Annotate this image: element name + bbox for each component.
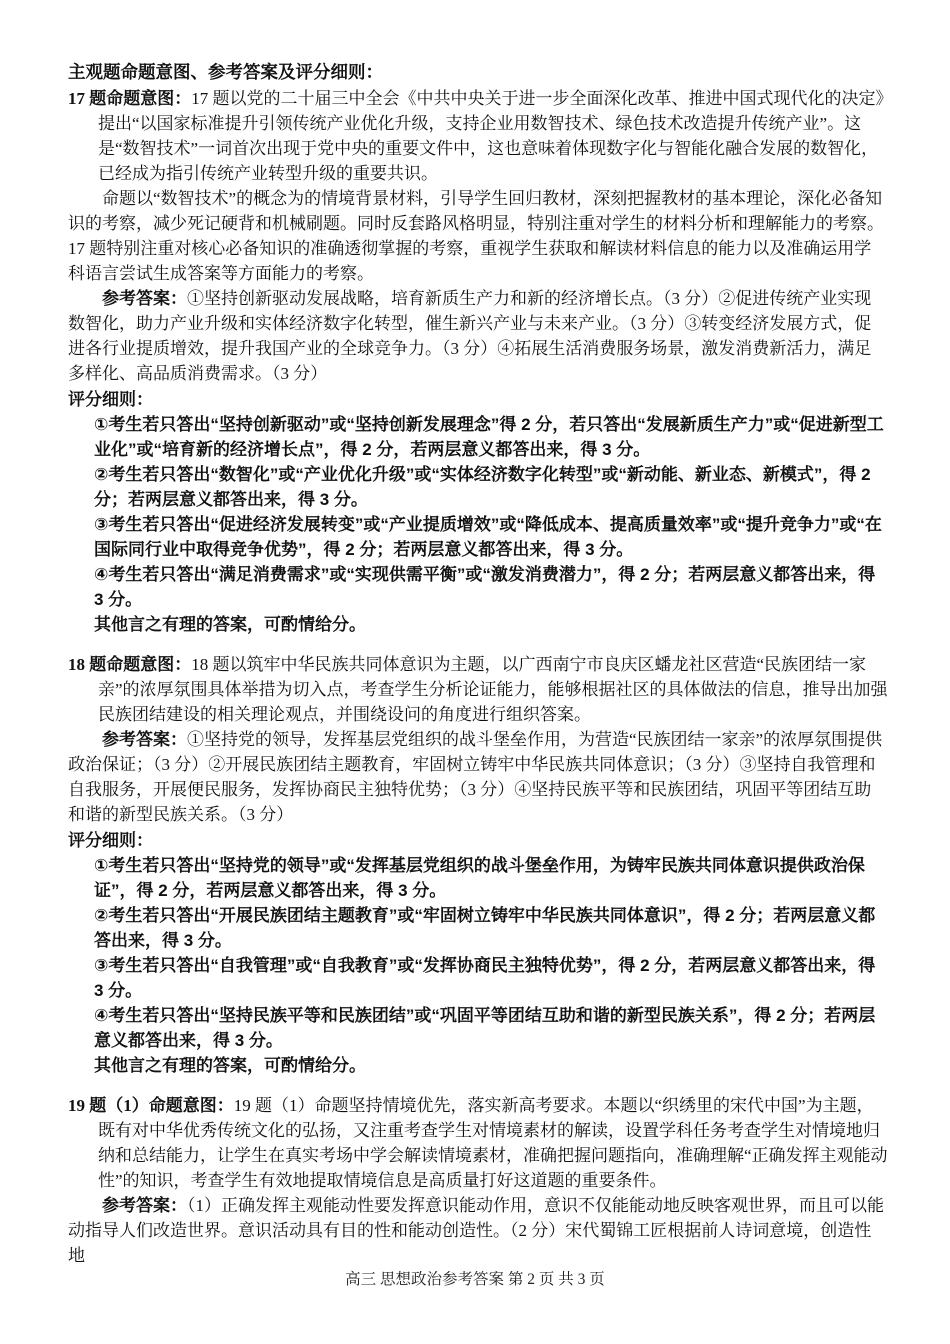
q18-rubric-heading: 评分细则： [68, 828, 888, 853]
q17-rubric-note: 其他言之有理的答案，可酌情给分。 [94, 612, 888, 637]
q18-rubric-item-2: ②考生若只答出“开展民族团结主题教育”或“牢固树立铸牢中华民族共同体意识”，得 … [94, 903, 888, 953]
document-page: 主观题命题意图、参考答案及评分细则： 17 题命题意图：17 题以党的二十届三中… [0, 0, 950, 1344]
q17-intent-paragraph: 17 题命题意图：17 题以党的二十届三中全会《中共中央关于进一步全面深化改革、… [68, 86, 888, 186]
q19-intent-paragraph: 19 题（1）命题意图：19 题（1）命题坚持情境优先，落实新高考要求。本题以“… [68, 1093, 888, 1193]
q19-answer-paragraph: 参考答案：（1）正确发挥主观能动性要发挥意识能动作用，意识不仅能能动地反映客观世… [68, 1193, 888, 1268]
q18-rubric-item-4: ④考生若只答出“坚持民族平等和民族团结”或“巩固平等团结互助和谐的新型民族关系”… [94, 1003, 888, 1053]
q17-answer-label: 参考答案： [102, 289, 187, 308]
q18-answer-paragraph: 参考答案：①坚持党的领导，发挥基层党组织的战斗堡垒作用，为营造“民族团结一家亲”… [68, 727, 888, 827]
q17-rubric-item-1: ①考生若只答出“坚持创新驱动”或“坚持创新发展理念”得 2 分，若只答出“发展新… [94, 412, 888, 462]
q18-rubric-item-1: ①考生若只答出“坚持党的领导”或“发挥基层党组织的战斗堡垒作用，为铸牢民族共同体… [94, 853, 888, 903]
q18-rubric-item-3: ③考生若只答出“自我管理”或“自我教育”或“发挥协商民主独特优势”，得 2 分，… [94, 953, 888, 1003]
q17-intent-text: 17 题以党的二十届三中全会《中共中央关于进一步全面深化改革、推进中国式现代化的… [98, 89, 884, 183]
q17-answer-text: ①坚持创新驱动发展战略，培育新质生产力和新的经济增长点。（3 分）②促进传统产业… [68, 289, 871, 383]
q18-rubric-note: 其他言之有理的答案，可酌情给分。 [94, 1053, 888, 1078]
section-q17: 17 题命题意图：17 题以党的二十届三中全会《中共中央关于进一步全面深化改革、… [68, 86, 888, 637]
q17-rubric-item-2: ②考生若只答出“数智化”或“产业优化升级”或“实体经济数字化转型”或“新动能、新… [94, 462, 888, 512]
q19-answer-label: 参考答案： [102, 1196, 187, 1215]
page-footer: 高三 思想政治参考答案 第 2 页 共 3 页 [0, 1267, 950, 1292]
q19-answer-text: （1）正确发挥主观能动性要发挥意识能动作用，意识不仅能能动地反映客观世界，而且可… [68, 1196, 884, 1265]
section-q19: 19 题（1）命题意图：19 题（1）命题坚持情境优先，落实新高考要求。本题以“… [68, 1093, 888, 1268]
q18-answer-label: 参考答案： [102, 730, 187, 749]
q18-intent-label: 18 题命题意图： [68, 655, 191, 674]
section-q18: 18 题命题意图：18 题以筑牢中华民族共同体意识为主题，以广西南宁市良庆区蟠龙… [68, 652, 888, 1078]
q17-rubric-item-4: ④考生若只答出“满足消费需求”或“实现供需平衡”或“激发消费潜力”，得 2 分；… [94, 562, 888, 612]
q17-intent-label: 17 题命题意图： [68, 89, 191, 108]
q18-intent-text: 18 题以筑牢中华民族共同体意识为主题，以广西南宁市良庆区蟠龙社区营造“民族团结… [98, 655, 888, 724]
q17-intent-paragraph-2: 命题以“数智技术”的概念为的情境背景材料，引导学生回归教材，深刻把握教材的基本理… [68, 186, 888, 286]
document-content: 主观题命题意图、参考答案及评分细则： 17 题命题意图：17 题以党的二十届三中… [68, 60, 888, 1268]
q18-intent-paragraph: 18 题命题意图：18 题以筑牢中华民族共同体意识为主题，以广西南宁市良庆区蟠龙… [68, 652, 888, 727]
page-title: 主观题命题意图、参考答案及评分细则： [68, 60, 888, 85]
q19-intent-label: 19 题（1）命题意图： [68, 1096, 234, 1115]
q17-answer-paragraph: 参考答案：①坚持创新驱动发展战略，培育新质生产力和新的经济增长点。（3 分）②促… [68, 286, 888, 386]
q18-answer-text: ①坚持党的领导，发挥基层党组织的战斗堡垒作用，为营造“民族团结一家亲”的浓厚氛围… [68, 730, 882, 824]
q17-rubric-item-3: ③考生若只答出“促进经济发展转变”或“产业提质增效”或“降低成本、提高质量效率”… [94, 512, 888, 562]
q17-rubric-heading: 评分细则： [68, 387, 888, 412]
